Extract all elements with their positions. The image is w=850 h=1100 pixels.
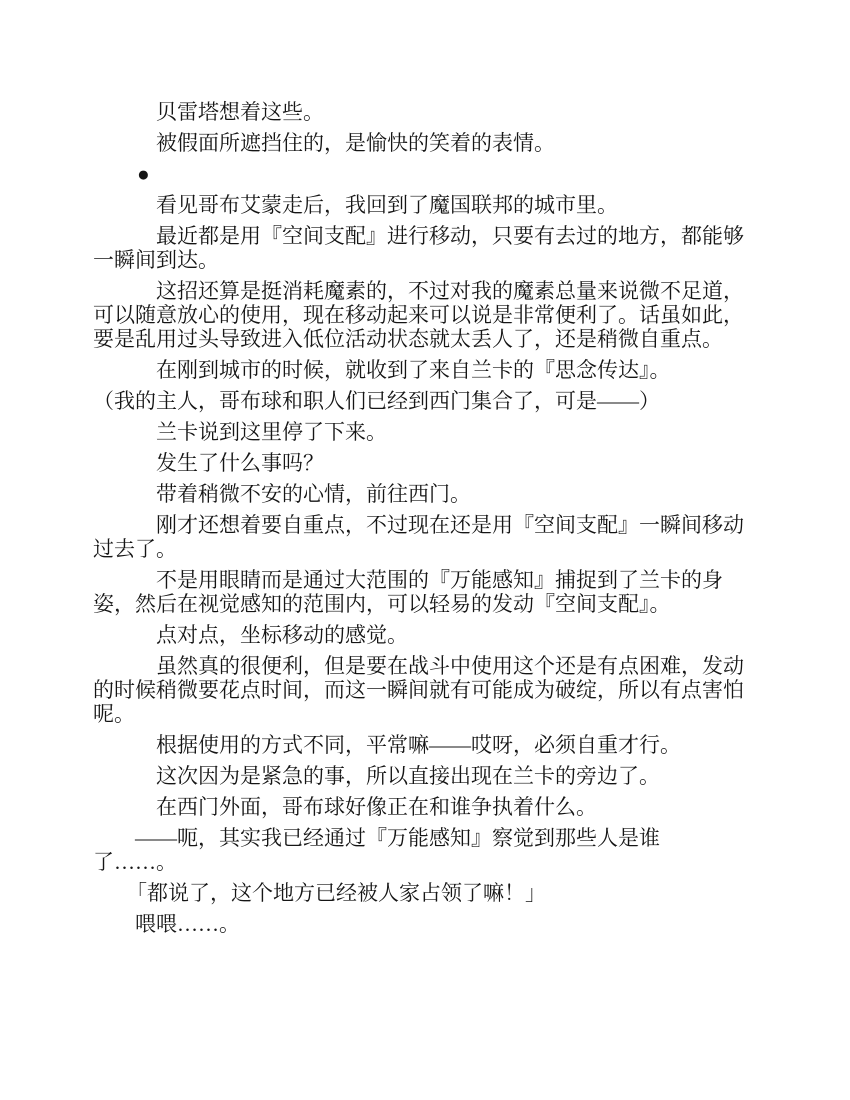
paragraph: 根据使用的方式不同，平常嘛——哎呀，必须自重才行。 [93, 733, 755, 757]
paragraph: 这招还算是挺消耗魔素的，不过对我的魔素总量来说微不足道， 可以随意放心的使用，现… [93, 279, 755, 351]
paragraph: 虽然真的很便利，但是要在战斗中使用这个还是有点困难，发动 的时候稍微要花点时间，… [93, 654, 755, 726]
paragraph: 被假面所遮挡住的，是愉快的笑着的表情。 [93, 131, 755, 155]
paragraph-aside: ——呃，其实我已经通过『万能感知』察觉到那些人是谁 了……。 [93, 826, 755, 874]
text-column: 贝雷塔想着这些。 被假面所遮挡住的，是愉快的笑着的表情。 ● 看见哥布艾蒙走后，… [93, 100, 755, 936]
section-break-bullet: ● [93, 162, 755, 186]
paragraph: 带着稍微不安的心情，前往西门。 [93, 482, 755, 506]
paragraph: 最近都是用『空间支配』进行移动，只要有去过的地方，都能够 一瞬间到达。 [93, 224, 755, 272]
paragraph: 在西门外面，哥布球好像正在和谁争执着什么。 [93, 795, 755, 819]
paragraph: 发生了什么事吗？ [93, 451, 755, 475]
paragraph: 点对点，坐标移动的感觉。 [93, 623, 755, 647]
paragraph: 刚才还想着要自重点，不过现在还是用『空间支配』一瞬间移动 过去了。 [93, 513, 755, 561]
paragraph: 不是用眼睛而是通过大范围的『万能感知』捕捉到了兰卡的身 姿，然后在视觉感知的范围… [93, 568, 755, 616]
paragraph-telepathy: （我的主人，哥布球和职人们已经到西门集合了，可是——） [93, 389, 755, 413]
paragraph: 贝雷塔想着这些。 [93, 100, 755, 124]
paragraph: 在刚到城市的时候，就收到了来自兰卡的『思念传达』。 [93, 358, 755, 382]
paragraph: 喂喂……。 [93, 912, 755, 936]
paragraph: 兰卡说到这里停了下来。 [93, 420, 755, 444]
paragraph: 这次因为是紧急的事，所以直接出现在兰卡的旁边了。 [93, 764, 755, 788]
paragraph: 看见哥布艾蒙走后，我回到了魔国联邦的城市里。 [93, 193, 755, 217]
paragraph-dialogue: 「都说了，这个地方已经被人家占领了嘛！」 [93, 881, 755, 905]
document-page: 贝雷塔想着这些。 被假面所遮挡住的，是愉快的笑着的表情。 ● 看见哥布艾蒙走后，… [0, 0, 850, 1100]
